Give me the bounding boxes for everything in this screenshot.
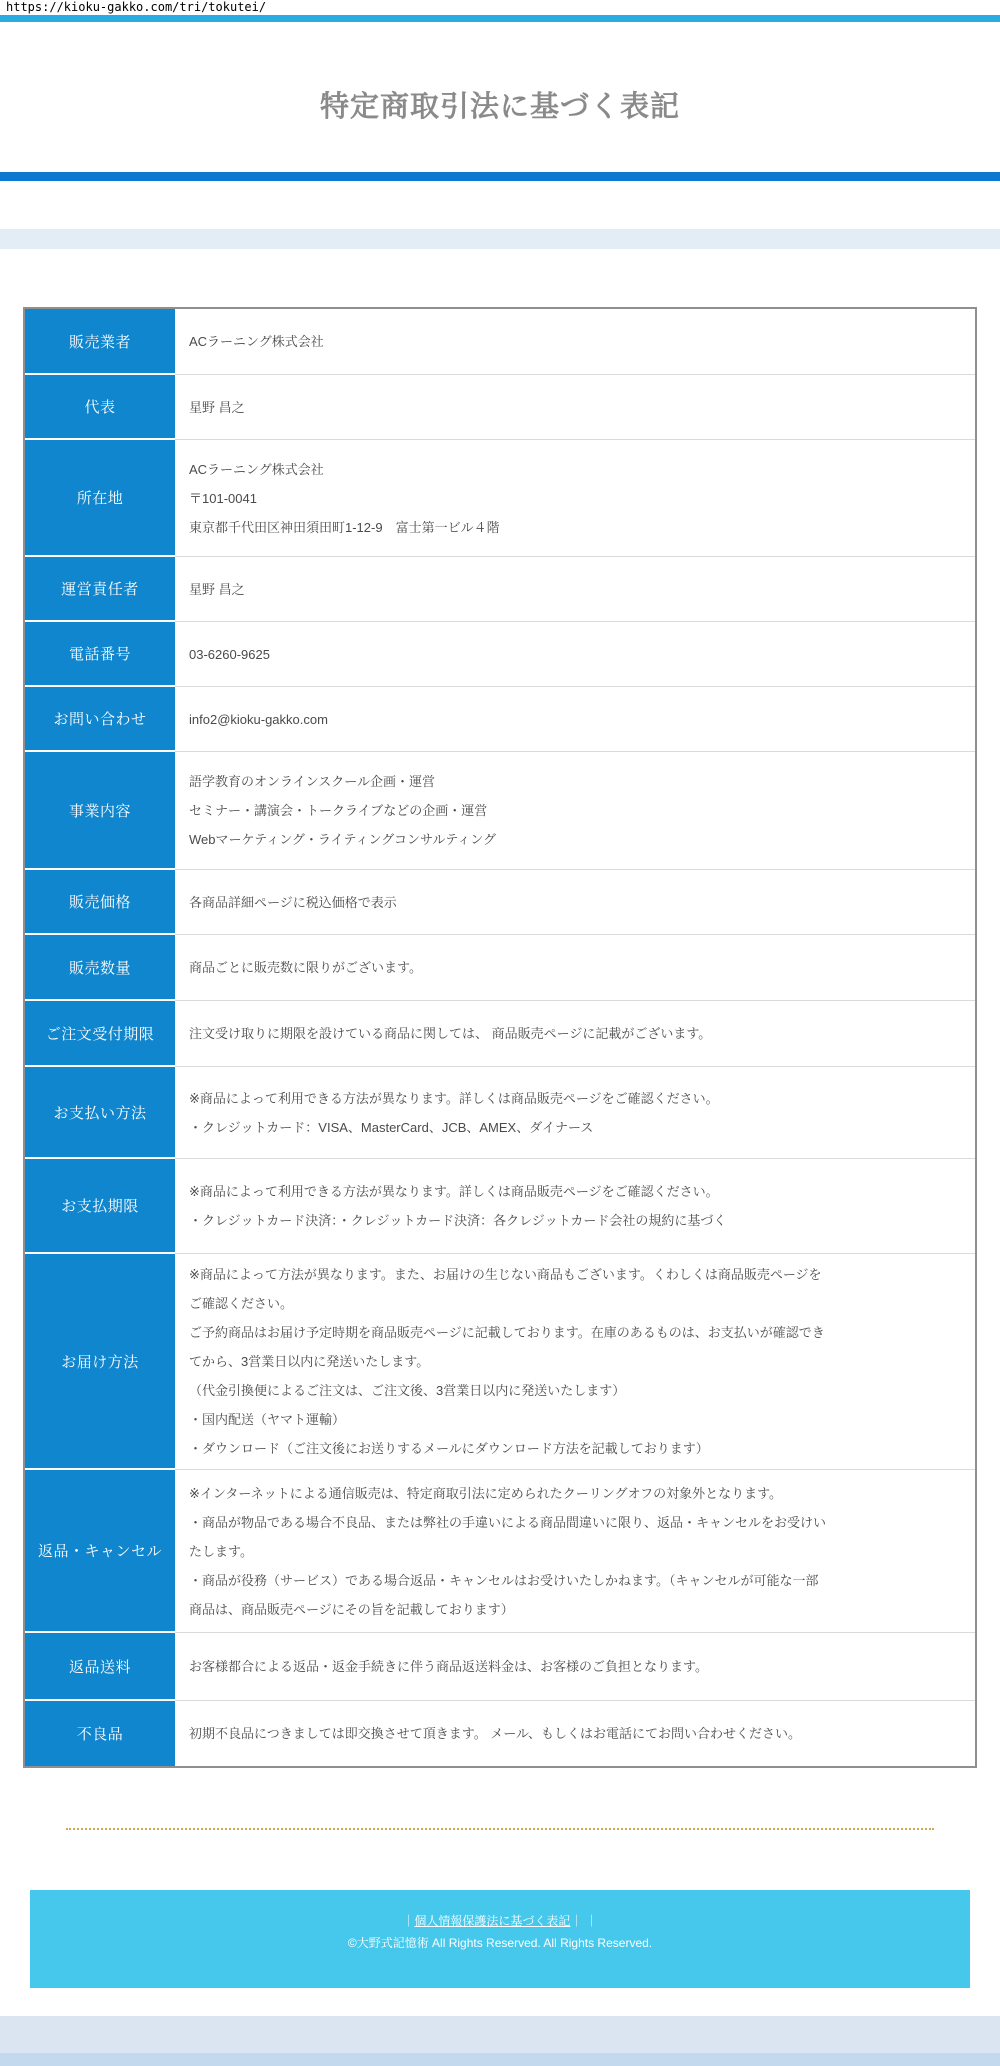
copyright-text: ©大野式記憶術 All Rights Reserved. All Rights … xyxy=(30,1932,970,1954)
row-label: 販売価格 xyxy=(25,870,175,935)
row-label: 電話番号 xyxy=(25,622,175,687)
title-underline-bar xyxy=(0,172,1000,181)
page-title: 特定商取引法に基づく表記 xyxy=(0,89,1000,126)
row-label: 運営責任者 xyxy=(25,557,175,622)
row-label: お届け方法 xyxy=(25,1254,175,1470)
bottom-band xyxy=(0,2016,1000,2053)
row-content: ACラーニング株式会社 xyxy=(175,309,975,375)
row-content: ※商品によって利用できる方法が異なります。詳しくは商品販売ページをご確認ください… xyxy=(175,1159,975,1254)
table-row: 運営責任者 星野 昌之 xyxy=(25,557,975,622)
table-row: 販売業者 ACラーニング株式会社 xyxy=(25,309,975,375)
row-label: 返品・キャンセル xyxy=(25,1470,175,1633)
table-row: お支払い方法 ※商品によって利用できる方法が異なります。詳しくは商品販売ページを… xyxy=(25,1067,975,1159)
table-row: お支払期限 ※商品によって利用できる方法が異なります。詳しくは商品販売ページをご… xyxy=(25,1159,975,1254)
row-content: 初期不良品につきましては即交換させて頂きます。 メール、もしくはお電話にてお問い… xyxy=(175,1701,975,1766)
row-label: 事業内容 xyxy=(25,752,175,870)
footer: ｜個人情報保護法に基づく表記｜ ｜ ©大野式記憶術 All Rights Res… xyxy=(30,1890,970,1988)
table-row: 電話番号 03-6260-9625 xyxy=(25,622,975,687)
table-row: ご注文受付期限 注文受け取りに期限を設けている商品に関しては、 商品販売ページに… xyxy=(25,1001,975,1067)
decorative-band xyxy=(0,229,1000,249)
row-content: info2@kioku-gakko.com xyxy=(175,687,975,752)
table-row: 返品・キャンセル ※インターネットによる通信販売は、特定商取引法に定められたクー… xyxy=(25,1470,975,1633)
row-content: ※商品によって方法が異なります。また、お届けの生じない商品もございます。くわしく… xyxy=(175,1254,975,1470)
table-row: 販売価格 各商品詳細ページに税込価格で表示 xyxy=(25,870,975,935)
row-content: 星野 昌之 xyxy=(175,375,975,440)
row-label: お問い合わせ xyxy=(25,687,175,752)
footer-links: ｜個人情報保護法に基づく表記｜ ｜ xyxy=(30,1910,970,1932)
row-content: ACラーニング株式会社 〒101-0041 東京都千代田区神田須田町1-12-9… xyxy=(175,440,975,557)
row-content: お客様都合による返品・返金手続きに伴う商品返送料金は、お客様のご負担となります。 xyxy=(175,1633,975,1701)
row-label: 代表 xyxy=(25,375,175,440)
row-label: ご注文受付期限 xyxy=(25,1001,175,1067)
table-row: お届け方法 ※商品によって方法が異なります。また、お届けの生じない商品もございま… xyxy=(25,1254,975,1470)
row-content: ※商品によって利用できる方法が異なります。詳しくは商品販売ページをご確認ください… xyxy=(175,1067,975,1159)
row-label: 所在地 xyxy=(25,440,175,557)
top-accent-bar xyxy=(0,15,1000,22)
table-row: 所在地 ACラーニング株式会社 〒101-0041 東京都千代田区神田須田町1-… xyxy=(25,440,975,557)
row-content: 注文受け取りに期限を設けている商品に関しては、 商品販売ページに記載がございます… xyxy=(175,1001,975,1067)
dotted-divider xyxy=(66,1828,934,1830)
table-row: 不良品 初期不良品につきましては即交換させて頂きます。 メール、もしくはお電話に… xyxy=(25,1701,975,1766)
row-label: お支払期限 xyxy=(25,1159,175,1254)
row-label: 不良品 xyxy=(25,1701,175,1766)
row-label: 販売数量 xyxy=(25,935,175,1001)
bottom-strip xyxy=(0,2053,1000,2066)
page-url: https://kioku-gakko.com/tri/tokutei/ xyxy=(0,0,1000,14)
row-label: お支払い方法 xyxy=(25,1067,175,1159)
row-content: 語学教育のオンラインスクール企画・運営 セミナー・講演会・トークライブなどの企画… xyxy=(175,752,975,870)
row-content: ※インターネットによる通信販売は、特定商取引法に定められたクーリングオフの対象外… xyxy=(175,1470,975,1633)
row-label: 返品送料 xyxy=(25,1633,175,1701)
row-content: 03-6260-9625 xyxy=(175,622,975,687)
table-row: お問い合わせ info2@kioku-gakko.com xyxy=(25,687,975,752)
table-row: 返品送料 お客様都合による返品・返金手続きに伴う商品返送料金は、お客様のご負担と… xyxy=(25,1633,975,1701)
row-content: 商品ごとに販売数に限りがございます。 xyxy=(175,935,975,1001)
footer-separator: ｜ ｜ xyxy=(570,1914,597,1928)
row-content: 各商品詳細ページに税込価格で表示 xyxy=(175,870,975,935)
row-content: 星野 昌之 xyxy=(175,557,975,622)
row-label: 販売業者 xyxy=(25,309,175,375)
table-row: 代表 星野 昌之 xyxy=(25,375,975,440)
footer-separator: ｜ xyxy=(402,1914,414,1928)
tokutei-table: 販売業者 ACラーニング株式会社 代表 星野 昌之 所在地 ACラーニング株式会… xyxy=(23,307,977,1768)
table-row: 販売数量 商品ごとに販売数に限りがございます。 xyxy=(25,935,975,1001)
table-row: 事業内容 語学教育のオンラインスクール企画・運営 セミナー・講演会・トークライブ… xyxy=(25,752,975,870)
privacy-policy-link[interactable]: 個人情報保護法に基づく表記 xyxy=(414,1914,570,1928)
